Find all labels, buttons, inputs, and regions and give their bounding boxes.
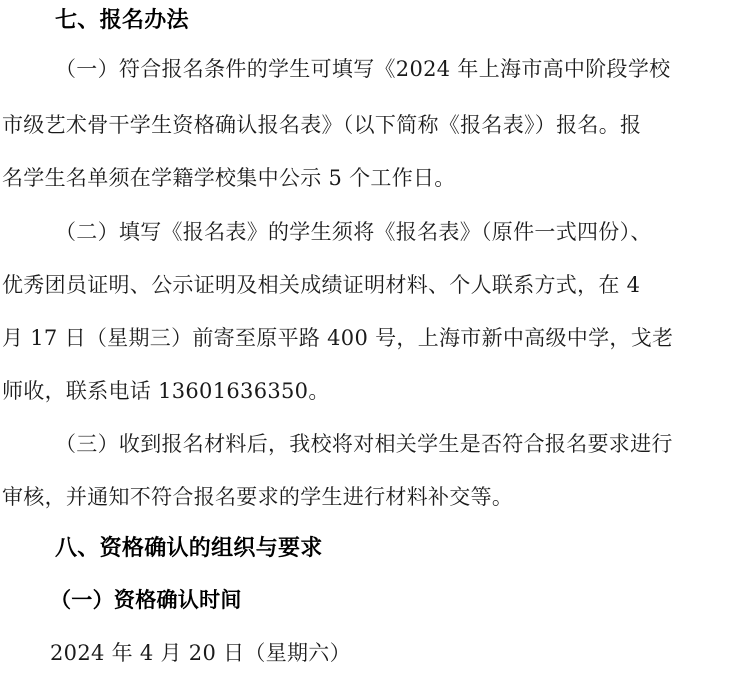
section-8-heading: 八、资格确认的组织与要求 bbox=[55, 534, 323, 564]
paragraph-2-line-3: 月 17 日（星期三）前寄至原平路 400 号，上海市新中高级中学，戈老 bbox=[2, 323, 673, 353]
paragraph-2-line-4: 师收，联系电话 13601636350。 bbox=[2, 376, 330, 406]
confirmation-date: 2024 年 4 月 20 日（星期六） bbox=[50, 638, 351, 668]
paragraph-3-line-1: （三）收到报名材料后，我校将对相关学生是否符合报名要求进行 bbox=[55, 429, 673, 459]
section-8-subheading: （一）资格确认时间 bbox=[50, 585, 242, 615]
paragraph-2-line-2: 优秀团员证明、公示证明及相关成绩证明材料、个人联系方式，在 4 bbox=[2, 270, 640, 300]
paragraph-1-line-3: 名学生名单须在学籍学校集中公示 5 个工作日。 bbox=[2, 163, 456, 193]
paragraph-2-line-1: （二）填写《报名表》的学生须将《报名表》（原件一式四份）、 bbox=[55, 217, 652, 247]
paragraph-1-line-2: 市级艺术骨干学生资格确认报名表》（以下简称《报名表》）报名。报 bbox=[2, 110, 641, 140]
paragraph-1-line-1: （一）符合报名条件的学生可填写《2024 年上海市高中阶段学校 bbox=[55, 54, 670, 84]
section-7-heading: 七、报名办法 bbox=[55, 6, 189, 36]
paragraph-3-line-2: 审核，并通知不符合报名要求的学生进行材料补交等。 bbox=[2, 482, 513, 512]
